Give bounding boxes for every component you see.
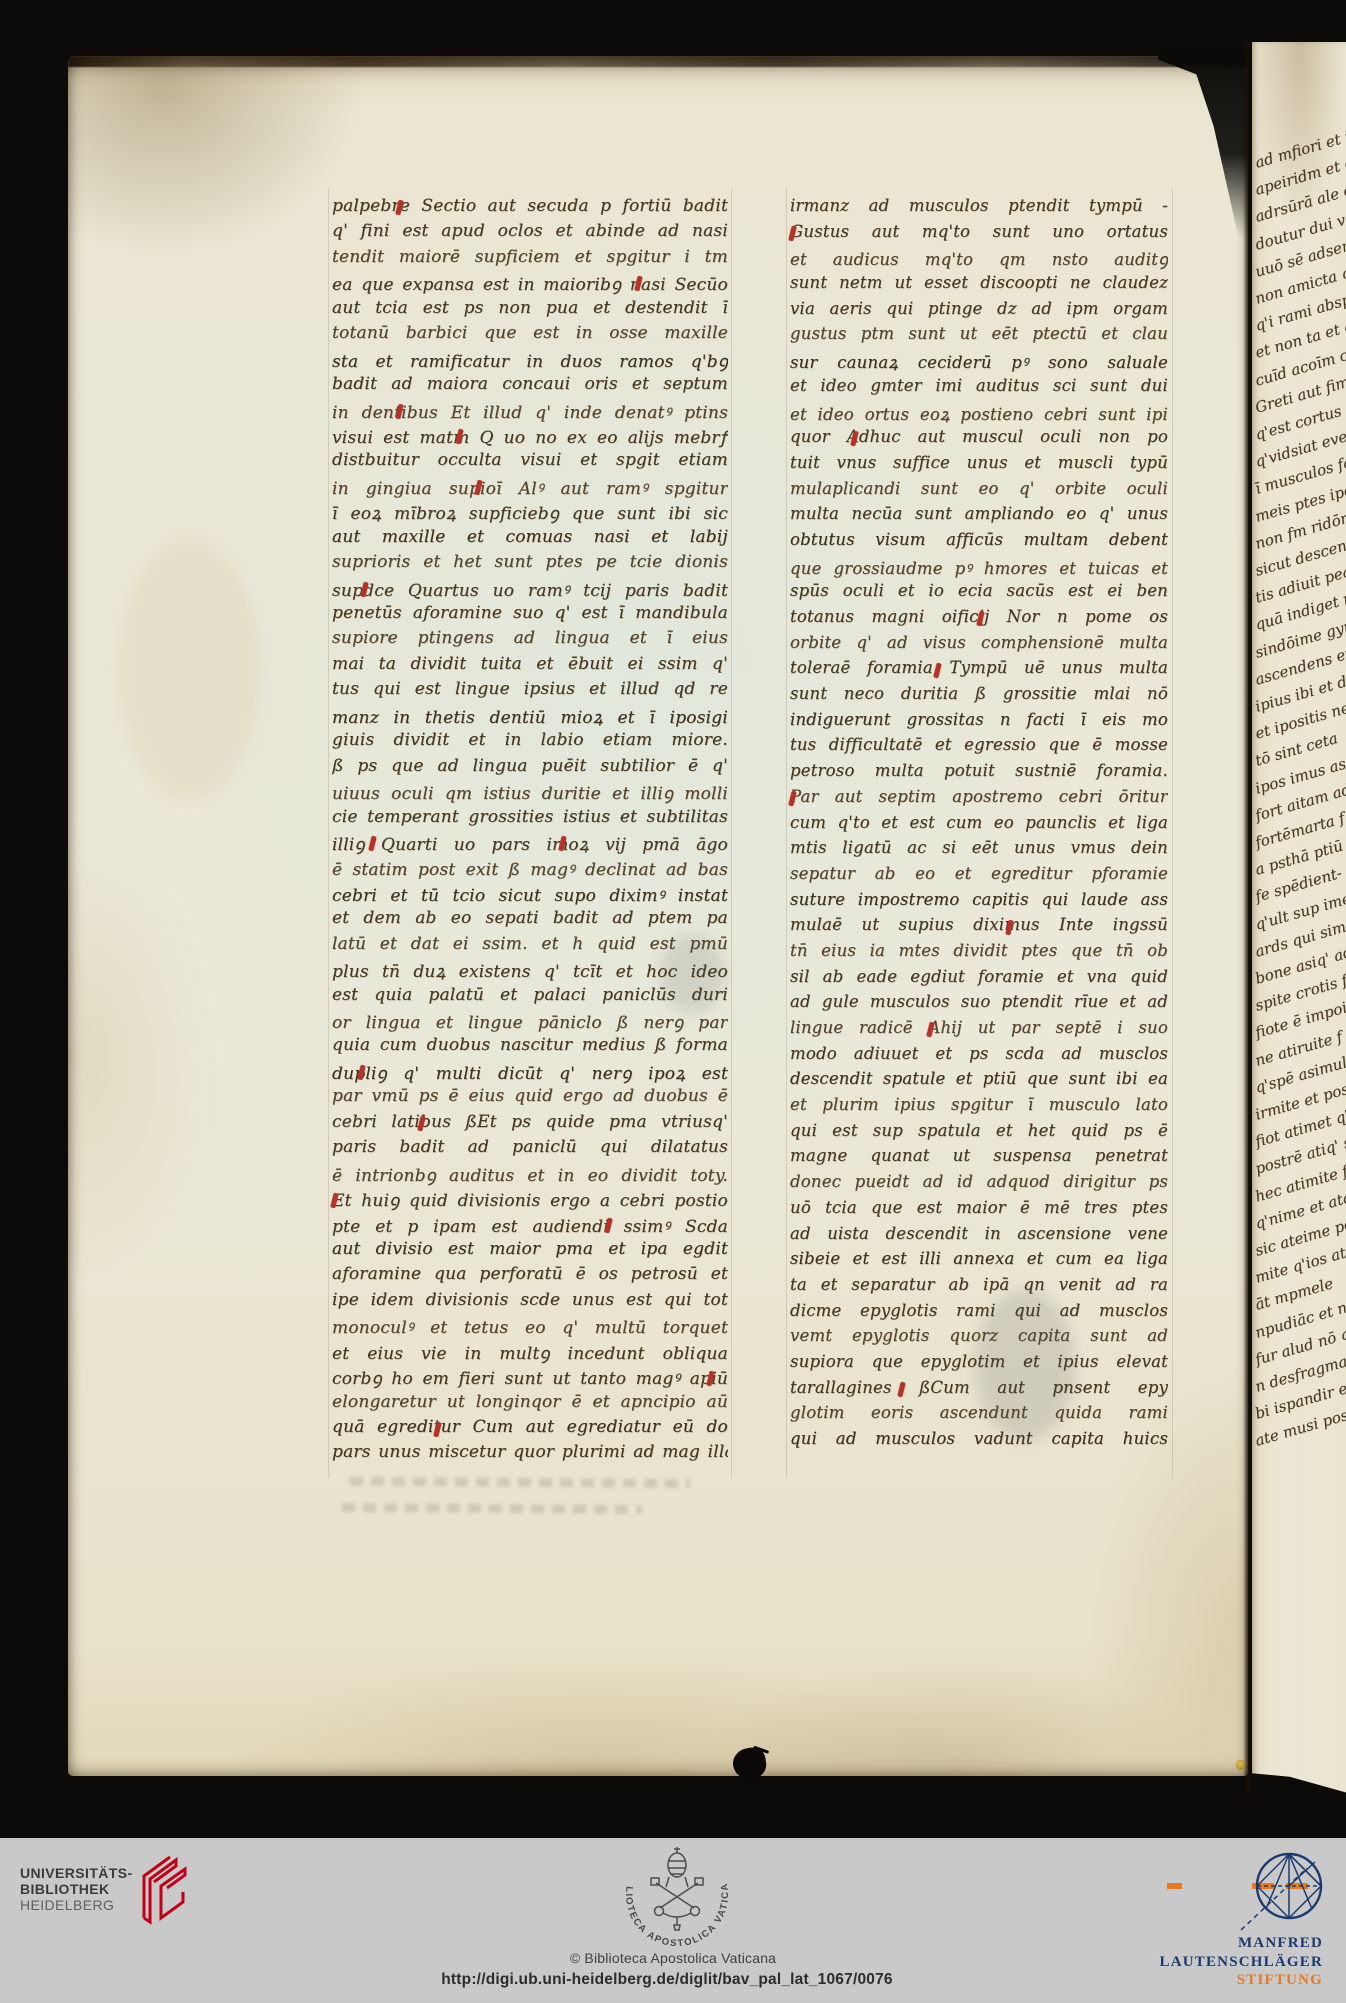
digitized-manuscript-scan: { "manuscript": { "ink_color": "#46361e"… bbox=[0, 0, 1346, 2003]
manuscript-text-line: totanū barbici que est in osse maxille bbox=[332, 323, 728, 348]
manuscript-text-line: supiore ptingens ad lingua et ī eius bbox=[332, 628, 728, 653]
ruling-line bbox=[328, 188, 329, 1478]
manuscript-text-line: cie temperant grossities istius et subti… bbox=[332, 807, 728, 832]
manuscript-text-line: aforamine qua perforatū ē os petrosū et bbox=[332, 1264, 728, 1289]
manuscript-text-line: mulaplicandi sunt eo q' orbite oculi bbox=[790, 479, 1168, 505]
manuscript-text-line: petroso multa potuit sustniē foramia. bbox=[790, 761, 1168, 787]
manuscript-text-line: badit ad maiora concaui oris et septum bbox=[332, 374, 728, 399]
manuscript-text-line: via aeris qui ptinge dz ad ipm orgam bbox=[790, 299, 1168, 325]
manuscript-text-line: aut maxille et comuas nasi et labij bbox=[332, 527, 728, 552]
manuscript-text-line: sta et ramificatur in duos ramos q'bꝯ bbox=[332, 349, 728, 374]
facing-page-edge: ad mfiori et ipiapeiridm et chūadrsūrā a… bbox=[1252, 42, 1346, 1796]
ub-heidelberg-wordmark: UNIVERSITÄTS- BIBLIOTHEK HEIDELBERG bbox=[20, 1865, 133, 1913]
manuscript-text-line: sepatur ab eo et egreditur pforamie bbox=[790, 864, 1168, 890]
ml-stiftung-wordmark: MANFRED LAUTENSCHLÄGER STIFTUNG bbox=[1160, 1934, 1324, 1990]
manuscript-text-line: et eius vie in multꝯ incedunt obliqua bbox=[332, 1341, 728, 1366]
manuscript-text-line: dicme epyglotis rami qui ad musclos bbox=[790, 1301, 1168, 1327]
manuscript-text-line: orbite q' ad visus comphensionē multa bbox=[790, 633, 1168, 659]
manuscript-text-line: cum q'to et est cum eo paunclis et liga bbox=[790, 813, 1168, 839]
ub-line3: HEIDELBERG bbox=[20, 1897, 133, 1913]
manuscript-text-line: elongaretur ut longinqor ē et apncipio a… bbox=[332, 1392, 728, 1417]
ub-heidelberg-book-icon bbox=[137, 1850, 191, 1928]
digitization-url: http://digi.ub.uni-heidelberg.de/diglit/… bbox=[0, 1971, 1334, 1989]
manuscript-text-line: Et huiꝯ quid divisionis ergo a cebri pos… bbox=[332, 1188, 728, 1213]
manuscript-text-line: penetūs aforamine suo q' est ī mandibula bbox=[332, 603, 728, 628]
manuscript-text-line: distbuitur occulta visui et spgit etiam bbox=[332, 450, 728, 475]
manuscript-text-line: tendit maiorē supficiem et spgitur i tm bbox=[332, 247, 728, 272]
ink-smudge bbox=[660, 935, 724, 1013]
manuscript-text-line: or lingua et lingue pāniclo ß nerꝯ par bbox=[332, 1010, 728, 1035]
manuscript-text-line: spūs oculi et io ecia sacūs est ei ben bbox=[790, 581, 1168, 607]
manuscript-text-line: aut tcia est ps non pua et destendit ī bbox=[332, 298, 728, 323]
manuscript-text-line: mtis ligatū ac si eēt unus vmus dein bbox=[790, 838, 1168, 864]
manuscript-text-line: supdce Quartus uo ramꝰ tcij paris badit bbox=[332, 578, 728, 603]
manuscript-text-line: et dem ab eo sepati badit ad ptem pa bbox=[332, 908, 728, 933]
manuscript-text-line: magne quanat ut suspensa penetrat bbox=[790, 1146, 1168, 1172]
manuscript-text-line: qui ad musculos vadunt capita huics bbox=[790, 1429, 1168, 1455]
manuscript-text-line: et ideo gmter imi auditus sci sunt dui bbox=[790, 376, 1168, 402]
manuscript-text-line: sur caunaꝝ ceciderū pꝰ sono saluale bbox=[790, 350, 1168, 376]
vatican-arc-text: BIBLIOTECA APOSTOLICA VATICANA bbox=[623, 1881, 731, 1949]
manuscript-text-line: paris badit ad paniclū qui dilatatus bbox=[332, 1137, 728, 1162]
manuscript-text-line: ī eoꝝ mībroꝝ supficiebꝯ que sunt ibi sic bbox=[332, 501, 728, 526]
manuscript-text-line: visui est matm Q uo no ex eo alijs mebrꝭ bbox=[332, 425, 728, 450]
manuscript-text-line: et audicus mq'to qm nsto auditꝯ bbox=[790, 247, 1168, 273]
manuscript-text-line: sibeie et est illi annexa et cum ea liga bbox=[790, 1249, 1168, 1275]
left-text-column: palpebre Sectio aut secuda p fortiū badi… bbox=[332, 196, 728, 1468]
manuscript-text-line: suprioris et het sunt ptes pe tcie dioni… bbox=[332, 552, 728, 577]
manuscript-text-line: et plurim ipius spgitur ī musculo lato bbox=[790, 1095, 1168, 1121]
manuscript-text-line: pte et p ipam est audiendi ssimꝰ Scda bbox=[332, 1214, 728, 1239]
manuscript-text-line: ad uista descendit in ascensione vene bbox=[790, 1224, 1168, 1250]
manuscript-text-line: tn̄ eius ia mtes dividit ptes que tn̄ ob bbox=[790, 941, 1168, 967]
manuscript-text-line: descendit spatule et ptiū que sunt ibi e… bbox=[790, 1069, 1168, 1095]
manuscript-text-line: mai ta dividit tuita et ēbuit ei ssim q' bbox=[332, 654, 728, 679]
manuscript-text-line: qui est sup spatula et het quid ps ē bbox=[790, 1121, 1168, 1147]
manuscript-text-line: pars unus miscetur quor plurimi ad mag i… bbox=[332, 1442, 728, 1467]
manuscript-text-line: glotim eoris ascendunt quida rami bbox=[790, 1403, 1168, 1429]
manuscript-text-line: irmanz ad musculos ptendit tympū - bbox=[790, 196, 1168, 222]
manuscript-text-line: ß ps que ad lingua puēit subtilior ē q' bbox=[332, 756, 728, 781]
manuscript-text-line: ē statim post exit ß magꝰ declinat ad ba… bbox=[332, 857, 728, 882]
ml-line3: STIFTUNG bbox=[1160, 1971, 1324, 1990]
vatican-copyright: © Biblioteca Apostolica Vaticana bbox=[0, 1950, 1346, 1966]
manuscript-text-line: sunt netm ut esset discoopti ne claudez bbox=[790, 273, 1168, 299]
manuscript-text-line: Gustus aut mq'to sunt uno ortatus bbox=[790, 222, 1168, 248]
manuscript-text-line: sunt neco duritia ß grossitie mlai nō bbox=[790, 684, 1168, 710]
manuscript-text-line: donec pueidt ad id adquod dirigitur ps bbox=[790, 1172, 1168, 1198]
ml-line2: LAUTENSCHLÄGER bbox=[1160, 1953, 1324, 1972]
gilt-speck bbox=[1236, 1760, 1245, 1770]
manuscript-text-line: ē intrionbꝯ auditus et in eo dividit tot… bbox=[332, 1163, 728, 1188]
ub-line1: UNIVERSITÄTS- bbox=[20, 1865, 133, 1881]
manuscript-text-line: tuit vnus suffice unus et muscli typū bbox=[790, 453, 1168, 479]
vatican-library-emblem: BIBLIOTECA APOSTOLICA VATICANA bbox=[615, 1843, 739, 1951]
ruling-line bbox=[731, 188, 732, 1478]
manuscript-text-line: quia cum duobus nascitur medius ß forma bbox=[332, 1035, 728, 1060]
manuscript-text-line: quor Adhuc aut muscul oculi non po bbox=[790, 427, 1168, 453]
manuscript-text-line: aut divisio est maior pma et ipa egdit bbox=[332, 1239, 728, 1264]
ml-line1: MANFRED bbox=[1160, 1934, 1324, 1953]
manuscript-text-line: in gingiua supioī Alꝰ aut ramꝰ spgitur bbox=[332, 476, 728, 501]
right-text-column: irmanz ad musculos ptendit tympū -Gustus… bbox=[790, 196, 1168, 1455]
svg-text:BIBLIOTECA APOSTOLICA VATICANA: BIBLIOTECA APOSTOLICA VATICANA bbox=[623, 1881, 731, 1949]
manuscript-text-line: ipe idem divisionis scde unus est qui to… bbox=[332, 1290, 728, 1315]
manuscript-text-line: ta et separatur ab ipā qn venit ad ra bbox=[790, 1275, 1168, 1301]
manuscript-text-line: giuis dividit et in labio etiam miore. bbox=[332, 730, 728, 755]
manuscript-text-line: obtutus visum afficūs multam debent bbox=[790, 530, 1168, 556]
manuscript-text-line: uō tcia que est maior ē mē tres ptes bbox=[790, 1198, 1168, 1224]
manuscript-text-line: illiꝯ Quarti uo pars imoꝝ vij pmā āgo bbox=[332, 832, 728, 857]
manuscript-text-line: toleraē foramia Tympū uē unus multa bbox=[790, 658, 1168, 684]
manuscript-text-line: cebri et tū tcio sicut supo diximꝰ insta… bbox=[332, 883, 728, 908]
burnt-top-edge bbox=[68, 56, 1248, 67]
manuscript-text-line: tus qui est lingue ipsius et illud qd re bbox=[332, 679, 728, 704]
manuscript-text-line: par vmū ps ē eius quid ergo ad duobus ē bbox=[332, 1086, 728, 1111]
ml-stiftung-globe-icon bbox=[1155, 1844, 1345, 1932]
manuscript-text-line: tus difficultatē et egressio que ē mosse bbox=[790, 735, 1168, 761]
manuscript-text-line: et ideo ortus eoꝝ postieno cebri sunt ip… bbox=[790, 402, 1168, 428]
manuscript-text-line: palpebre Sectio aut secuda p fortiū badi… bbox=[332, 196, 728, 221]
papal-tiara-and-keys-icon bbox=[651, 1847, 703, 1930]
ruling-line bbox=[786, 188, 787, 1478]
manuscript-text-line: modo adiuuet et ps scda ad musclos bbox=[790, 1044, 1168, 1070]
ruling-line bbox=[1172, 188, 1173, 1478]
manuscript-text-line: ea que expansa est in maioribꝯ nasi Secū… bbox=[332, 272, 728, 297]
manuscript-text-line: in dentibus Et illud q' inde denatꝰ ptin… bbox=[332, 400, 728, 425]
manuscript-text-line: cebri latibus ßEt ps quide pma vtriusq' bbox=[332, 1112, 728, 1137]
manuscript-text-line: gustus ptm sunt ut eēt ptectū et clau bbox=[790, 324, 1168, 350]
manuscript-text-line: corbꝯ ho em fieri sunt ut tanto magꝰ api… bbox=[332, 1366, 728, 1391]
manuscript-text-line: ad gule musculos suo ptendit rīue et ad bbox=[790, 992, 1168, 1018]
manuscript-text-line: lingue radicē Ahij ut par septē i suo bbox=[790, 1018, 1168, 1044]
manuscript-text-line: mulaē ut supius diximus Inte ingssū bbox=[790, 915, 1168, 941]
manuscript-text-line: suture impostremo capitis qui laude ass bbox=[790, 890, 1168, 916]
manuscript-text-line: sil ab eade egdiut foramie et vna quid bbox=[790, 967, 1168, 993]
manuscript-text-line: multa necūa sunt ampliando eo q' unus bbox=[790, 504, 1168, 530]
ub-line2: BIBLIOTHEK bbox=[20, 1881, 133, 1897]
manuscript-text-line: quā egreditur Cum aut egrediatur eū do bbox=[332, 1417, 728, 1442]
manuscript-text-line: manz in thetis dentiū mioꝝ et ī iposigi bbox=[332, 705, 728, 730]
manuscript-text-line: q' fini est apud oclos et abinde ad nasi bbox=[332, 221, 728, 246]
manuscript-text-line: Par aut septim apostremo cebri ōritur bbox=[790, 787, 1168, 813]
manuscript-text-line: uiuus oculi qm istius duritie et illiꝯ m… bbox=[332, 781, 728, 806]
manuscript-text-line: monoculꝰ et tetus eo q' multū torquet bbox=[332, 1315, 728, 1340]
manuscript-text-line: que grossiaudme pꝰ hmores et tuicas et bbox=[790, 556, 1168, 582]
library-footer-bar: UNIVERSITÄTS- BIBLIOTHEK HEIDELBERG BIBL… bbox=[0, 1838, 1346, 2003]
ink-smudge bbox=[975, 1290, 1075, 1440]
manuscript-text-line: dupliꝯ q' multi dicūt q' nerꝯ ipoꝝ est bbox=[332, 1061, 728, 1086]
stain bbox=[120, 540, 260, 800]
manuscript-text-line: indiguerunt grossitas n facti ī eis mo bbox=[790, 710, 1168, 736]
